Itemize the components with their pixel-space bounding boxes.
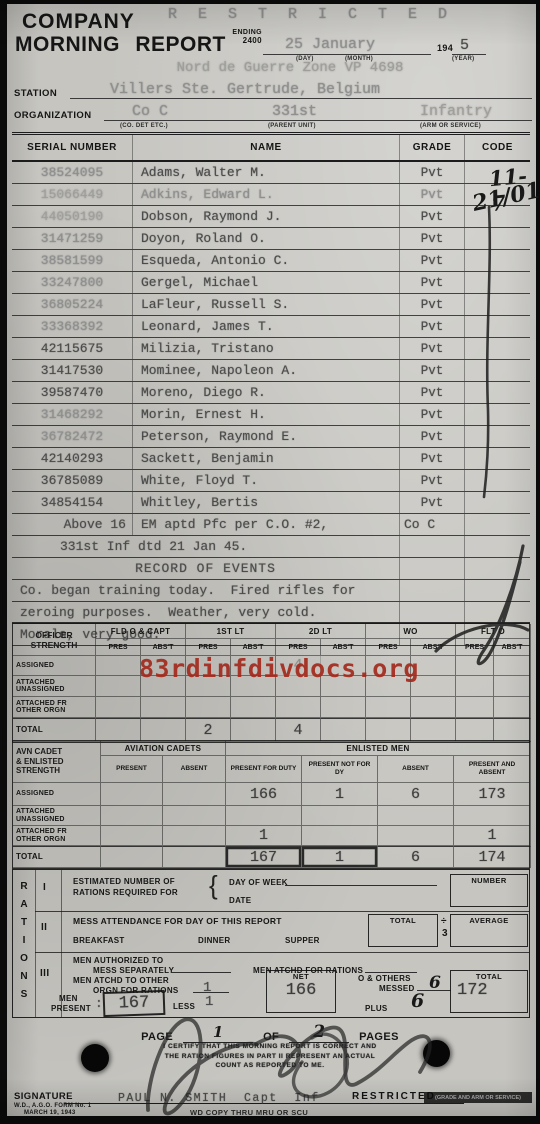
grade-service-band: (GRADE AND ARM OR SERVICE) (424, 1092, 532, 1103)
net-value: 166 (286, 981, 317, 1000)
org-arm-sublabel: (ARM OR SERVICE) (420, 123, 481, 129)
rations-part-3: III (40, 968, 50, 979)
website-watermark: 83rdinfdivdocs.org (139, 654, 419, 683)
brace: { (209, 870, 218, 901)
ending-time: 2400 (228, 37, 262, 45)
less-value: 1 (205, 994, 213, 1010)
form-title-line2: MORNING REPORT (15, 33, 226, 57)
row-assigned: ASSIGNED (13, 783, 101, 806)
table-row: 33247800Gergel, MichaelPvt (12, 272, 530, 294)
table-row: 31471259Doyon, Roland O.Pvt (12, 228, 530, 250)
form-date: MARCH 19, 1943 (24, 1110, 76, 1116)
table-row: 31417530Mominee, Napoleon A.Pvt (12, 360, 530, 382)
col-code: CODE (465, 135, 530, 160)
table-row: 36785089White, Floyd T.Pvt (12, 470, 530, 492)
table-row: 44050190Dobson, Raymond J.Pvt (12, 206, 530, 228)
group-2d-lt: 2D LT (276, 624, 366, 639)
row-attached-unassigned: ATTACHEDUNASSIGNED (13, 676, 96, 697)
col-serial-number: SERIAL NUMBER (12, 135, 133, 160)
rations-section: RATIONS I II III ESTIMATED NUMBER OF RAT… (12, 869, 530, 1018)
row-attached-fr-other: ATTACHED FROTHER ORGN (13, 826, 101, 846)
remark-row-2: 331st Inf dtd 21 Jan 45. (12, 536, 530, 558)
org-arm-value: Infantry (420, 103, 492, 120)
year-prefix: 194 (437, 43, 453, 53)
copy-routing-note: WD COPY THRU MRU OR SCU (190, 1108, 308, 1117)
year-digit: 5 (460, 37, 469, 54)
roster-table: SERIAL NUMBER NAME GRADE CODE 38524095Ad… (12, 132, 530, 646)
col-grade: GRADE (400, 135, 465, 160)
station-value: Villers Ste. Gertrude, Belgium (110, 81, 380, 98)
officer-strength-title: OFFICER (35, 630, 72, 640)
group-flt-o: FLT O (456, 624, 531, 639)
form-number: W.D., A.G.O. FORM No. 1 (14, 1103, 91, 1109)
org-parent-sublabel: (PARENT UNIT) (268, 123, 316, 129)
org-unit-sublabel: (CO. DET ETC.) (120, 123, 168, 129)
average-box: AVERAGE (450, 914, 528, 947)
rations-total-box: TOTAL 172 (450, 970, 528, 1013)
rations-part-2: II (41, 922, 47, 933)
punch-hole-left (81, 1044, 109, 1072)
enlisted-strength-grid: AVN CADET & ENLISTED STRENGTH AVIATION C… (12, 740, 530, 869)
group-enlisted-men: ENLISTED MEN (226, 741, 531, 756)
rations-total-value: 172 (457, 981, 488, 1000)
table-row: 15066449Adkins, Edward L.Pvt (12, 184, 530, 206)
table-row: 42115675Milizia, TristanoPvt (12, 338, 530, 360)
group-wo: WO (366, 624, 456, 639)
org-parent-value: 331st (272, 103, 317, 120)
group-1st-lt: 1ST LT (186, 624, 276, 639)
table-row: 42140293Sackett, BenjaminPvt (12, 448, 530, 470)
rations-vertical-label: RATIONS (19, 881, 30, 1007)
record-of-events-line: zeroing purposes. Weather, very cold. (12, 602, 530, 624)
row-total: TOTAL (13, 846, 101, 868)
table-row: 33368392Leonard, James T.Pvt (12, 316, 530, 338)
roster-header-row: SERIAL NUMBER NAME GRADE CODE (12, 135, 530, 162)
men-present-value: 167 (118, 993, 149, 1013)
record-of-events-header: RECORD OF EVENTS (12, 558, 530, 580)
divide-sign: ÷ (441, 916, 447, 927)
signature-typed-name: PAUL N. SMITH Capt Inf (118, 1092, 320, 1105)
table-row: 34854154Whitley, BertisPvt (12, 492, 530, 514)
table-row: 39587470Moreno, Diego R.Pvt (12, 382, 530, 404)
col-name: NAME (133, 135, 400, 160)
plus-value: 6 (411, 990, 424, 1012)
men-present-box: 167 (103, 990, 166, 1017)
mess-total-box: TOTAL (368, 914, 438, 947)
group-fldo-capt: FLD O & CAPT (96, 624, 186, 639)
row-attached-fr-other: ATTACHED FROTHER ORGN (13, 697, 96, 718)
morning-report-scan: COMPANY MORNING REPORT R E S T R I C T E… (0, 0, 540, 1124)
record-of-events-line: Co. began training today. Fired rifles f… (12, 580, 530, 602)
form-title-line1: COMPANY (22, 10, 135, 34)
row-assigned: ASSIGNED (13, 656, 96, 676)
remark-row-1: Above 16 EM aptd Pfc per C.O. #2, Co C (12, 514, 530, 536)
org-unit-value: Co C (132, 103, 168, 120)
group-aviation-cadets: AVIATION CADETS (101, 741, 226, 756)
map-coordinates-line: Nord de Guerre Zone VP 4698 (110, 60, 470, 76)
table-row: 36782472Peterson, Raymond E.Pvt (12, 426, 530, 448)
net-box: NET 166 (266, 970, 336, 1013)
number-box: NUMBER (450, 874, 528, 907)
page-number: 1 (213, 1023, 223, 1041)
divide-by-3: 3 (442, 928, 448, 939)
others-messed-value: 6 (429, 973, 441, 993)
rations-part-1: I (43, 882, 46, 893)
page-count-line: PAGE 1 OF 2 PAGES (0, 1022, 540, 1043)
table-row: 36805224LaFleur, Russell S.Pvt (12, 294, 530, 316)
punch-hole-right (423, 1040, 450, 1067)
certification-text: I CERTIFY THAT THIS MORNING REPORT IS CO… (70, 1042, 470, 1071)
report-date: 25 January (285, 36, 375, 53)
table-row: 31468292Morin, Ernest H.Pvt (12, 404, 530, 426)
present-colon: : (95, 996, 103, 1011)
restricted-classification-top: R E S T R I C T E D (168, 6, 453, 23)
table-row: 38581599Esqueda, Antonio C.Pvt (12, 250, 530, 272)
row-total: TOTAL (13, 718, 96, 742)
organization-label: ORGANIZATION (14, 110, 91, 121)
table-row: 38524095Adams, Walter M.Pvt (12, 162, 530, 184)
enlisted-strength-title: AVN CADET (16, 747, 62, 757)
row-attached-unassigned: ATTACHEDUNASSIGNED (13, 806, 101, 826)
station-label: STATION (14, 88, 57, 99)
total-pages: 2 (313, 1022, 325, 1042)
